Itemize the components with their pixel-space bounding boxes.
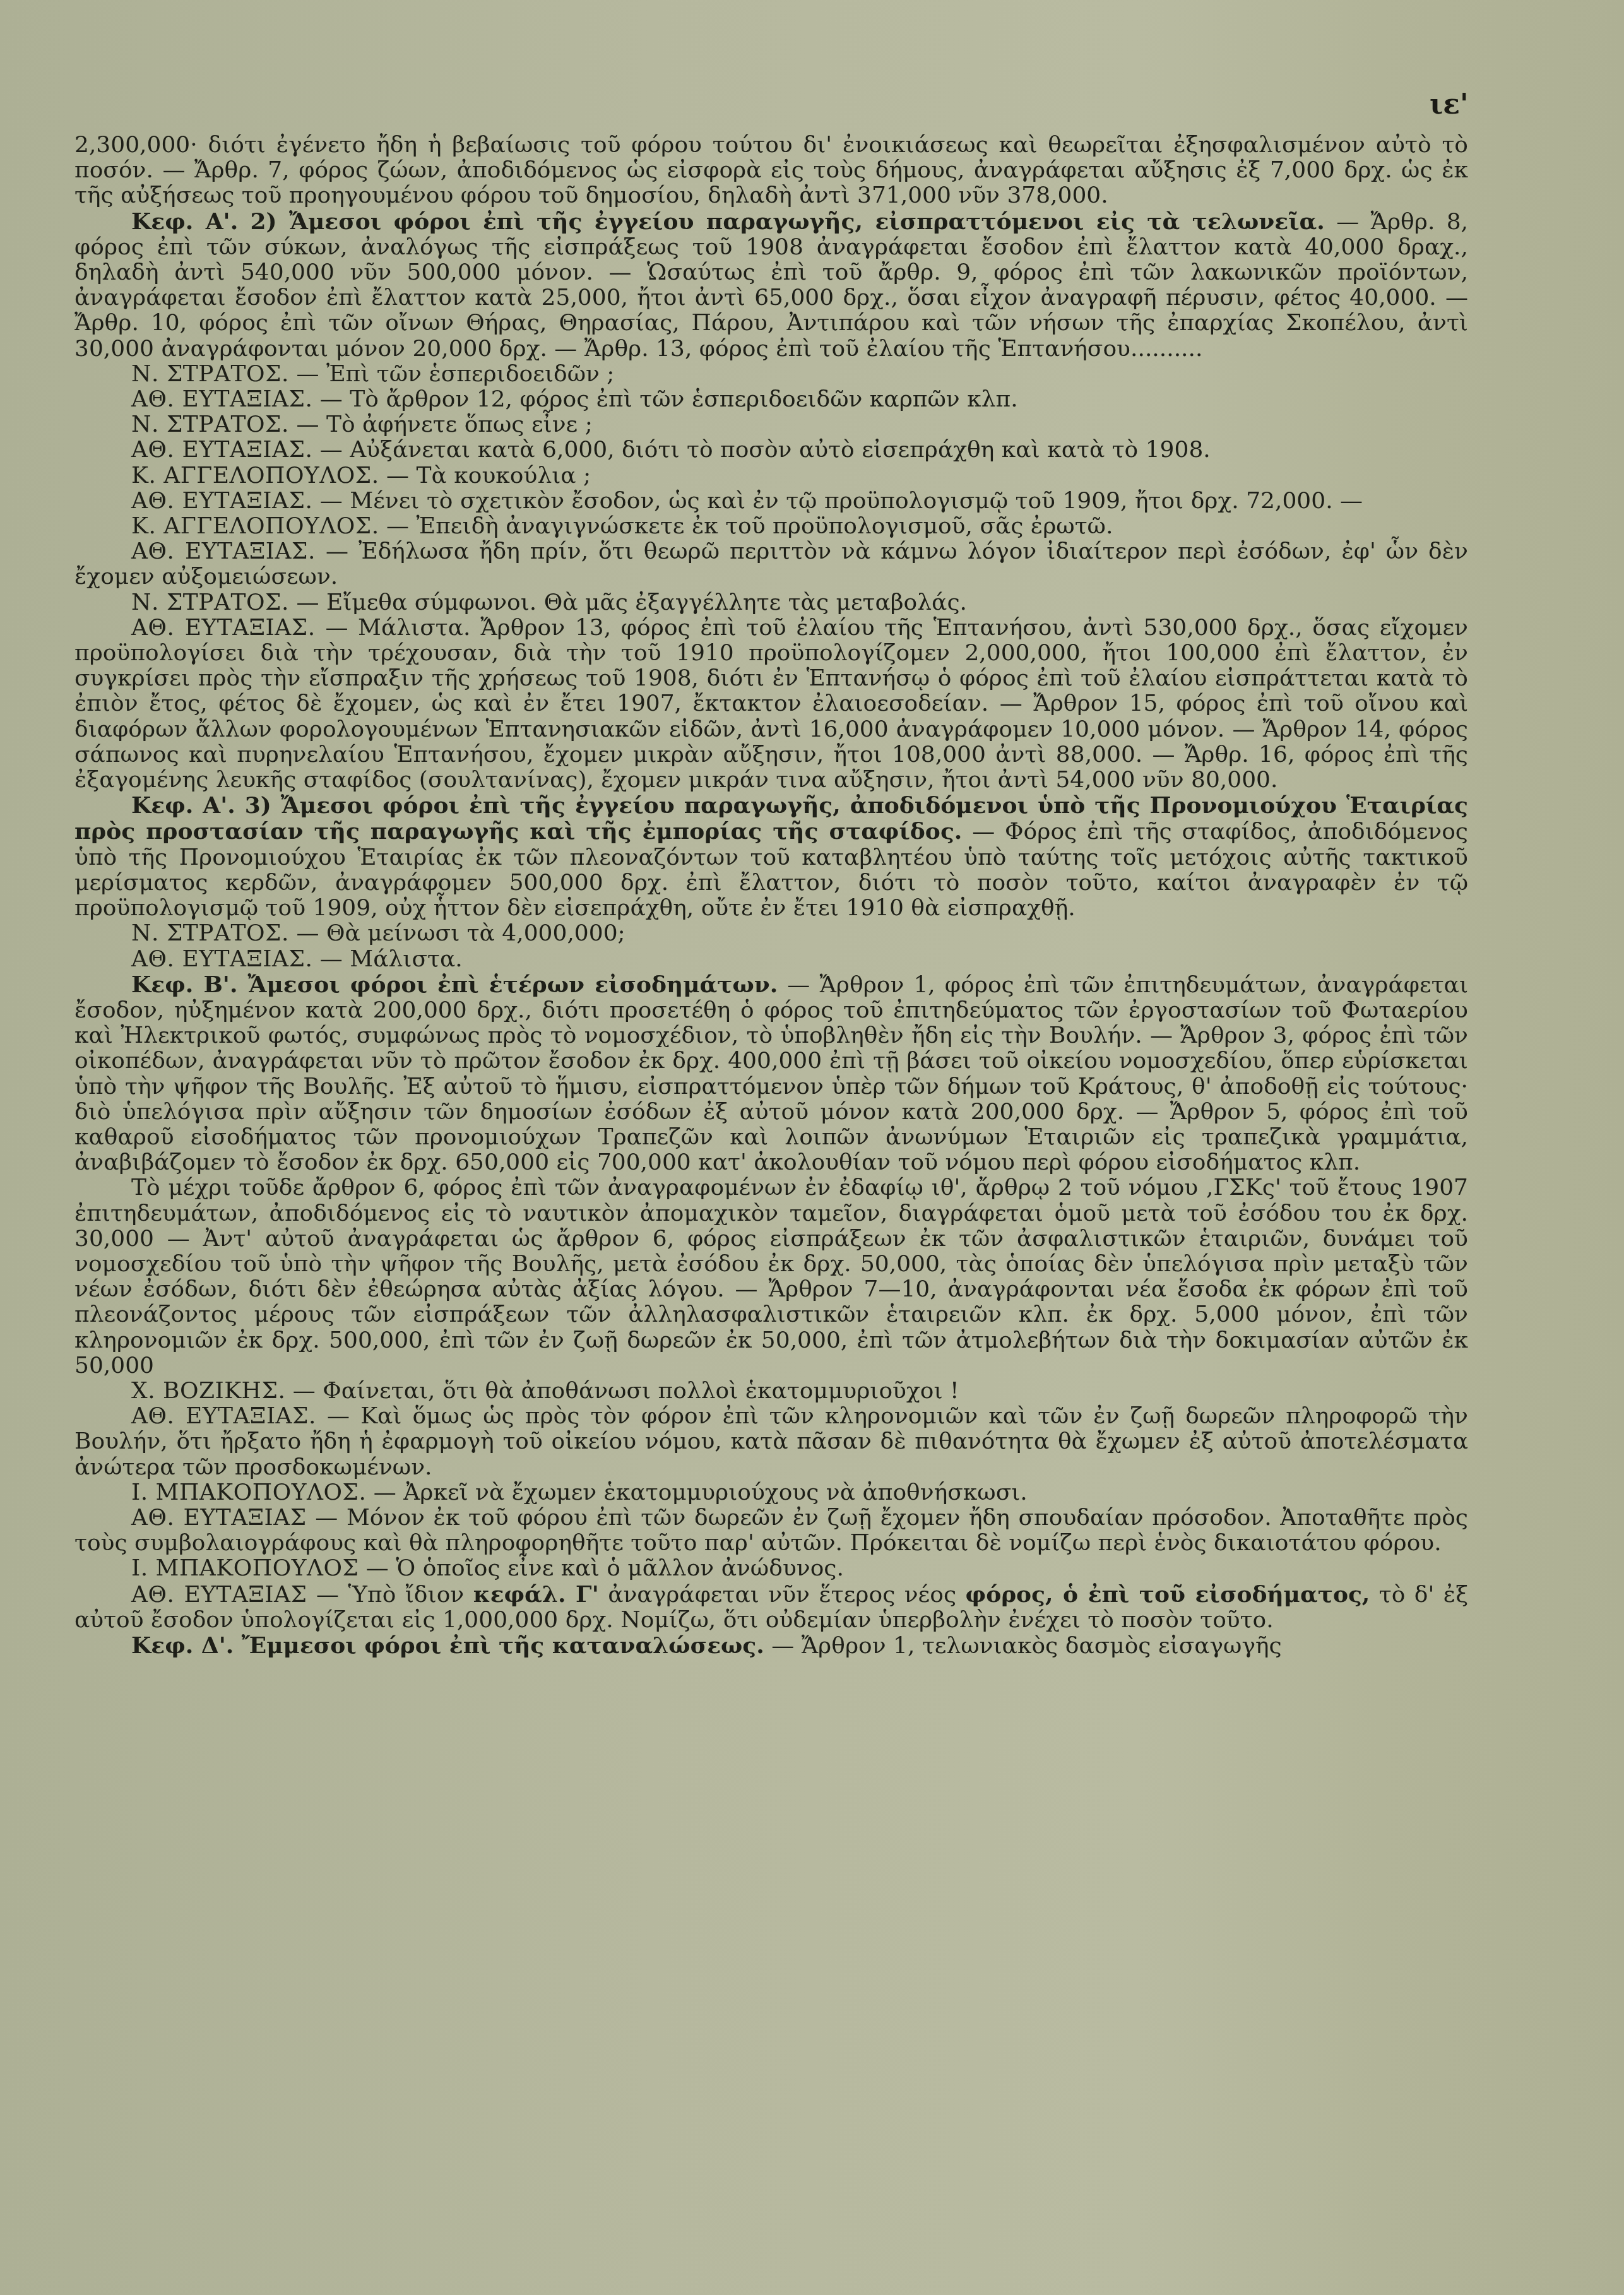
speaker-name: ΑΘ. ΕΥΤΑΞΙΑΣ.: [131, 437, 312, 463]
speech-line: ΑΘ. ΕΥΤΑΞΙΑΣ. — Μάλιστα.: [74, 947, 1468, 972]
speaker-name: Κ. ΑΓΓΕΛΟΠΟΥΛΟΣ.: [131, 463, 379, 489]
speaker-name: Χ. ΒΟΖΙΚΗΣ.: [131, 1378, 285, 1404]
speech-line: Ν. ΣΤΡΑΤΟΣ. — Τὸ ἀφήνετε ὅπως εἶνε ;: [74, 412, 1468, 437]
section-text: — Ἄρθρον 1, φόρος ἐπὶ τῶν ἐπιτηδευμάτων,…: [74, 972, 1468, 1175]
speaker-name: Ι. ΜΠΑΚΟΠΟΥΛΟΣ.: [131, 1480, 366, 1505]
tax-name: φόρος, ὁ ἐπὶ τοῦ εἰσοδήματος,: [966, 1581, 1370, 1608]
chapter-reference: κεφάλ. Γ': [473, 1581, 599, 1608]
speech-text: — Αὐξάνεται κατὰ 6,000, διότι τὸ ποσὸν α…: [312, 437, 1210, 463]
speech-text: ἀναγράφεται νῦν ἕτερος νέος: [599, 1582, 966, 1608]
speaker-name: Κ. ΑΓΓΕΛΟΠΟΥΛΟΣ.: [131, 513, 379, 539]
section-paragraph: Κεφ. Α'. 3) Ἄμεσοι φόροι ἐπὶ τῆς ἐγγείου…: [74, 793, 1468, 921]
speaker-name: ΑΘ. ΕΥΤΑΞΙΑΣ.: [131, 538, 316, 564]
speech-text: — Ἀρκεῖ νὰ ἔχωμεν ἑκατομμυριούχους νὰ ἀπ…: [366, 1480, 1027, 1505]
speech-line: Ι. ΜΠΑΚΟΠΟΥΛΟΣ. — Ἀρκεῖ νὰ ἔχωμεν ἑκατομ…: [74, 1480, 1468, 1505]
speaker-name: ΑΘ. ΕΥΤΑΞΙΑΣ.: [131, 386, 312, 412]
speech-text: — Ὁ ὁποῖος εἶνε καὶ ὁ μᾶλλον ἀνώδυνος.: [359, 1555, 844, 1581]
section-paragraph: Κεφ. Δ'. Ἔμμεσοι φόροι ἐπὶ τῆς καταναλώσ…: [74, 1633, 1468, 1659]
body-paragraph: Τὸ μέχρι τοῦδε ἄρθρον 6, φόρος ἐπὶ τῶν ἀ…: [74, 1175, 1468, 1379]
speech-line: Ν. ΣΤΡΑΤΟΣ. — Εἴμεθα σύμφωνοι. Θὰ μᾶς ἐξ…: [74, 590, 1468, 615]
speech-text: — Φαίνεται, ὅτι θὰ ἀποθάνωσι πολλοὶ ἑκατ…: [285, 1378, 959, 1404]
speaker-name: Ν. ΣΤΡΑΤΟΣ.: [131, 590, 289, 615]
speech-text: — Τὸ ἀφήνετε ὅπως εἶνε ;: [289, 412, 593, 437]
speech-line: ΑΘ. ΕΥΤΑΞΙΑΣ. — Ἐδήλωσα ἤδη πρίν, ὅτι θε…: [74, 539, 1468, 590]
section-text: — Ἄρθρον 1, τελωνιακὸς δασμὸς εἰσαγωγῆς: [764, 1633, 1282, 1659]
speaker-name: Ν. ΣΤΡΑΤΟΣ.: [131, 920, 289, 946]
speech-text: — Μένει τὸ σχετικὸν ἔσοδον, ὡς καὶ ἐν τῷ…: [312, 488, 1363, 514]
section-heading: Κεφ. Δ'. Ἔμμεσοι φόροι ἐπὶ τῆς καταναλώσ…: [131, 1632, 764, 1659]
speaker-name: ΑΘ. ΕΥΤΑΞΙΑΣ.: [131, 615, 316, 641]
speech-line: Ν. ΣΤΡΑΤΟΣ. — Ἐπὶ τῶν ἑσπεριδοειδῶν ;: [74, 362, 1468, 387]
section-heading: Κεφ. Α'. 2) Ἄμεσοι φόροι ἐπὶ τῆς ἐγγείου…: [131, 208, 1325, 235]
speaker-name: Ι. ΜΠΑΚΟΠΟΥΛΟΣ: [131, 1555, 359, 1581]
speech-line: Χ. ΒΟΖΙΚΗΣ. — Φαίνεται, ὅτι θὰ ἀποθάνωσι…: [74, 1379, 1468, 1404]
section-paragraph: Κεφ. Β'. Ἄμεσοι φόροι ἐπὶ ἑτέρων εἰσοδημ…: [74, 972, 1468, 1176]
speech-line: Κ. ΑΓΓΕΛΟΠΟΥΛΟΣ. — Ἐπειδὴ ἀναγιγνώσκετε …: [74, 514, 1468, 539]
speech-line: ΑΘ. ΕΥΤΑΞΙΑΣ. — Τὸ ἄρθρον 12, φόρος ἐπὶ …: [74, 387, 1468, 412]
speech-text: — Μάλιστα.: [312, 946, 462, 972]
speaker-name: ΑΘ. ΕΥΤΑΞΙΑΣ.: [131, 488, 312, 514]
speech-text: — Τὸ ἄρθρον 12, φόρος ἐπὶ τῶν ἑσπεριδοει…: [312, 386, 1017, 412]
speech-line: ΑΘ. ΕΥΤΑΞΙΑΣ — Μόνον ἐκ τοῦ φόρου ἐπὶ τῶ…: [74, 1505, 1468, 1556]
section-paragraph: Κεφ. Α'. 2) Ἄμεσοι φόροι ἐπὶ τῆς ἐγγείου…: [74, 209, 1468, 362]
speech-line: Κ. ΑΓΓΕΛΟΠΟΥΛΟΣ. — Τὰ κουκούλια ;: [74, 463, 1468, 489]
speaker-name: ΑΘ. ΕΥΤΑΞΙΑΣ.: [131, 946, 312, 972]
speech-text: — Ὑπὸ ἴδιον: [307, 1582, 473, 1608]
document-body: 2,300,000· διότι ἐγένετο ἤδη ἡ βεβαίωσις…: [74, 95, 1468, 1659]
speech-line: ΑΘ. ΕΥΤΑΞΙΑΣ. — Μένει τὸ σχετικὸν ἔσοδον…: [74, 489, 1468, 514]
speech-line: ΑΘ. ΕΥΤΑΞΙΑΣ. — Αὐξάνεται κατὰ 6,000, δι…: [74, 437, 1468, 463]
speech-line: ΑΘ. ΕΥΤΑΞΙΑΣ. — Καὶ ὅμως ὡς πρὸς τὸν φόρ…: [74, 1404, 1468, 1480]
speech-line: ΑΘ. ΕΥΤΑΞΙΑΣ — Ὑπὸ ἴδιον κεφάλ. Γ' ἀναγρ…: [74, 1582, 1468, 1633]
speaker-name: ΑΘ. ΕΥΤΑΞΙΑΣ.: [131, 1403, 316, 1429]
speaker-name: Ν. ΣΤΡΑΤΟΣ.: [131, 412, 289, 437]
speech-text: — Ἐπειδὴ ἀναγιγνώσκετε ἐκ τοῦ προϋπολογι…: [379, 513, 1113, 539]
speech-text: — Θὰ μείνωσι τὰ 4,000,000;: [289, 920, 625, 946]
speech-text: — Εἴμεθα σύμφωνοι. Θὰ μᾶς ἐξαγγέλλητε τὰ…: [289, 590, 967, 615]
speech-line: ΑΘ. ΕΥΤΑΞΙΑΣ. — Μάλιστα. Ἄρθρον 13, φόρο…: [74, 615, 1468, 793]
speech-text: — Ἐπὶ τῶν ἑσπεριδοειδῶν ;: [289, 361, 615, 387]
speech-text: — Τὰ κουκούλια ;: [379, 463, 591, 489]
continuation-paragraph: 2,300,000· διότι ἐγένετο ἤδη ἡ βεβαίωσις…: [74, 133, 1468, 209]
speech-line: Ι. ΜΠΑΚΟΠΟΥΛΟΣ — Ὁ ὁποῖος εἶνε καὶ ὁ μᾶλ…: [74, 1556, 1468, 1581]
speaker-name: ΑΘ. ΕΥΤΑΞΙΑΣ: [131, 1582, 307, 1608]
speaker-name: ΑΘ. ΕΥΤΑΞΙΑΣ: [131, 1505, 307, 1531]
speech-line: Ν. ΣΤΡΑΤΟΣ. — Θὰ μείνωσι τὰ 4,000,000;: [74, 921, 1468, 946]
section-heading: Κεφ. Β'. Ἄμεσοι φόροι ἐπὶ ἑτέρων εἰσοδημ…: [131, 971, 778, 998]
speaker-name: Ν. ΣΤΡΑΤΟΣ.: [131, 361, 289, 387]
speech-text: — Μάλιστα. Ἄρθρον 13, φόρος ἐπὶ τοῦ ἐλαί…: [74, 615, 1468, 793]
